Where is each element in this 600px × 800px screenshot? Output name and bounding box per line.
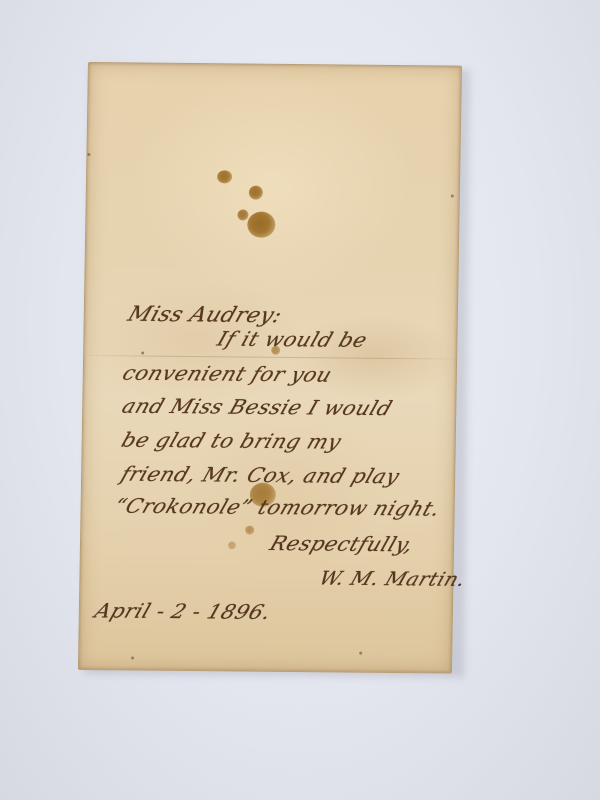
body-line-6: “Crokonole” tomorrow night. — [111, 495, 443, 521]
salutation: Miss Audrey: — [125, 303, 286, 328]
letter-text: Miss Audrey: If it would be convenient f… — [79, 63, 461, 673]
body-line-1: If it would be — [214, 327, 370, 351]
signature: W. M. Martin. — [316, 566, 469, 590]
body-line-2: convenient for you — [120, 362, 335, 387]
letter-date: April - 2 - 1896. — [92, 599, 275, 623]
letter-paper: Miss Audrey: If it would be convenient f… — [78, 62, 462, 674]
body-line-4: be glad to bring my — [119, 429, 345, 454]
closing: Respectfully, — [267, 532, 417, 556]
body-line-3: and Miss Bessie I would — [119, 395, 395, 420]
body-line-5: friend, Mr. Cox, and play — [118, 463, 403, 488]
